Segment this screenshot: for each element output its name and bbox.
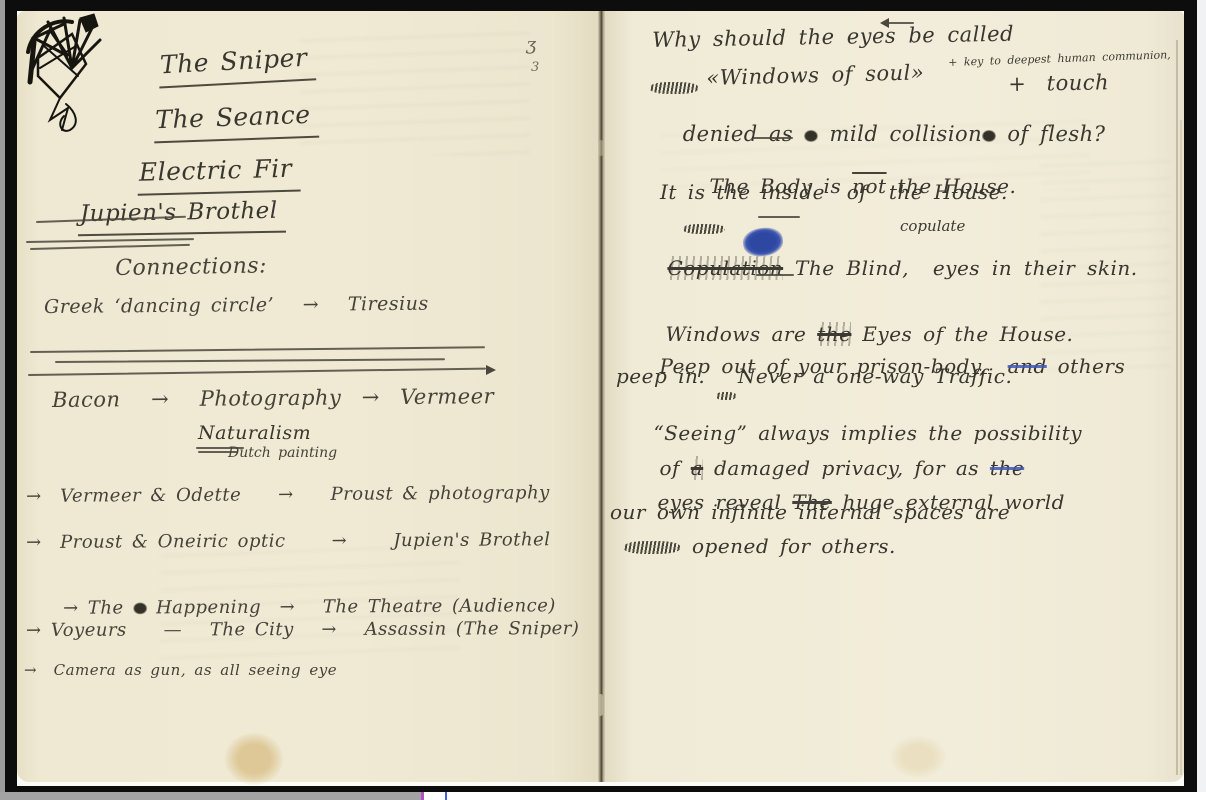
ink-blob [982, 130, 996, 142]
hand-rule [758, 216, 800, 218]
bottom-gray-segment [0, 792, 421, 800]
windows-line-7: our own infinite internal spaces are [610, 500, 1010, 524]
coffee-stain [225, 733, 283, 785]
quote-line-3a: denied as [683, 122, 805, 146]
w2-struck: and [1008, 354, 1047, 378]
margin-squiggle: ʒ [526, 34, 537, 55]
window-edge-left [0, 0, 5, 793]
flow-line-1: → Vermeer & Odette → Proust & photograph… [26, 482, 550, 507]
bottom-blue-line [445, 792, 447, 800]
flow-line-4: → Voyeurs — The City → Assassin (The Sni… [26, 618, 579, 641]
page-edge [1180, 120, 1182, 775]
hand-rule [753, 137, 793, 139]
blind-line: Copulation The Blind, eyes in their skin… [620, 232, 1138, 304]
faint-stain [890, 736, 946, 778]
flow-line-3-pre: → The [63, 597, 133, 618]
bacon-line: Bacon → Photography → Vermeer [52, 384, 494, 412]
scribbled-out-word [624, 541, 680, 554]
dutch-painting-label: Dutch painting [228, 445, 337, 461]
bottom-magenta-tick [421, 792, 424, 800]
window-edge-right [1197, 0, 1206, 793]
connections-heading: Connections: [115, 253, 267, 281]
binding-stitch [598, 694, 603, 716]
w2b: others [1047, 354, 1125, 378]
hand-rule [756, 274, 794, 276]
blind-insert: copulate [900, 217, 965, 235]
rule-arrowhead [486, 365, 496, 375]
page-edge [1176, 40, 1178, 775]
blind-line-struck: Copulation [667, 256, 783, 280]
windows-line-8: opened for others. [692, 534, 896, 558]
binding-stitch [599, 140, 603, 156]
greek-line: Greek ‘dancing circle’ → Tiresius [44, 293, 429, 318]
naturalism-label: Naturalism [198, 422, 311, 444]
flow-line-5: → Camera as gun, as all seeing eye [24, 661, 337, 679]
small-smudge [716, 392, 736, 400]
margin-page-number: 3 [531, 60, 540, 75]
ink-blob [804, 130, 818, 142]
windows-line-3: peep in. Never a one-way Traffic. [616, 364, 1012, 388]
flow-line-3-post: Happening → The Theatre (Audience) [147, 595, 556, 618]
screenshot-root: The Sniper The Seance Electric Fir Jupie… [0, 0, 1206, 800]
quote-line-2b: + touch [1008, 70, 1109, 96]
body-line-2: It is the inside of the House. [660, 180, 1008, 204]
page-gutter [598, 11, 605, 782]
ink-blob [133, 602, 147, 614]
blind-line-rest: eyes in their skin. [933, 256, 1138, 280]
window-bottom-bar [0, 792, 1206, 800]
blind-line-text: The Blind, [783, 256, 921, 280]
scribbled-out-word [650, 82, 698, 94]
quote-line-3b: mild collision [818, 122, 982, 146]
flow-line-2: → Proust & Oneiric optic → Jupien's Brot… [26, 529, 551, 553]
quote-line-3c: of flesh? [996, 122, 1105, 146]
